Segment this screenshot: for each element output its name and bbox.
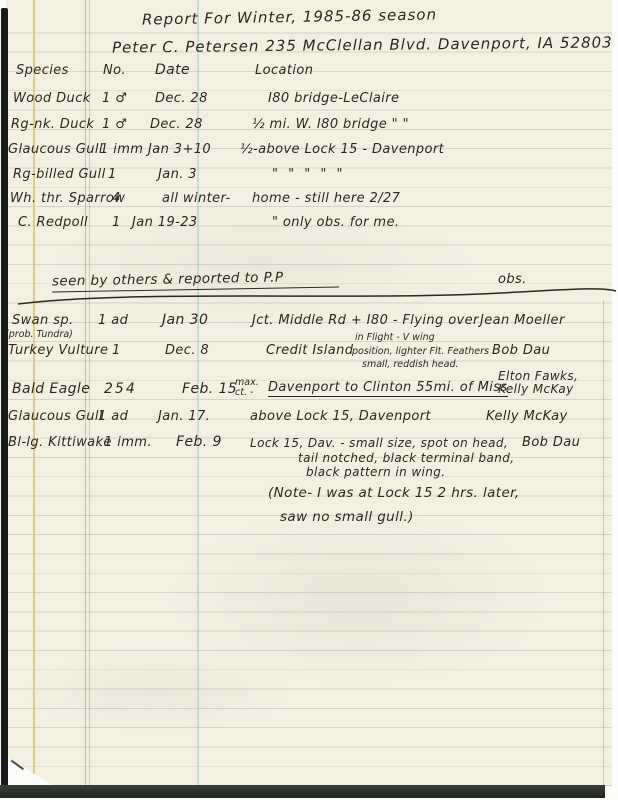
location-cell: home - still here 2/27: [252, 192, 400, 206]
field-mark-note: small, reddish head.: [362, 360, 459, 370]
species-cell: Rg-nk. Duck: [11, 118, 94, 132]
species-cell: Bald Eagle: [12, 382, 90, 397]
field-mark-note: in Flight - V wing: [355, 333, 435, 343]
field-mark-note: position, lighter Flt. Feathers: [352, 347, 489, 357]
observer-cell: Elton Fawks, Kelly McKay: [498, 370, 578, 396]
observer-cell: Bob Dau: [522, 436, 580, 450]
species-note: (prob. Tundra): [5, 330, 73, 340]
location-cell: " " " " ": [272, 168, 345, 182]
observer-cell: Jean Moeller: [480, 314, 565, 328]
species-cell: Swan sp.: [12, 314, 74, 328]
species-cell: Rg-billed Gull: [13, 168, 106, 182]
count-cell: 1 ♂: [102, 118, 127, 132]
handwritten-content: Report For Winter, 1985-86 season Peter …: [0, 0, 618, 800]
date-cell: Jan 3+10: [148, 143, 211, 157]
scan-edge-left: [1, 8, 8, 788]
location-cell: ½ mi. W. I80 bridge " ": [252, 118, 409, 132]
scanned-page: Report For Winter, 1985-86 season Peter …: [0, 0, 618, 800]
location-cell: Davenport to Clinton 55mi. of Miss: [268, 381, 508, 397]
count-cell: 4: [112, 192, 121, 206]
count-cell: 1 ad: [98, 410, 128, 424]
observer-cell: Kelly McKay: [486, 410, 568, 424]
location-cell: above Lock 15, Davenport: [250, 410, 431, 424]
date-cell: Dec. 28: [155, 92, 208, 106]
closing-note-line-1: (Note- I was at Lock 15 2 hrs. later,: [268, 486, 520, 501]
location-cell: ½-above Lock 15 - Davenport: [240, 143, 444, 157]
species-cell: Bl-lg. Kittiwake: [8, 436, 112, 450]
column-header-date: Date: [155, 63, 190, 78]
scan-edge-bottom: [0, 785, 605, 798]
column-header-location: Location: [255, 64, 313, 78]
count-cell: 1 ad: [98, 314, 128, 328]
date-cell: Dec. 8: [165, 344, 209, 358]
observer-cell: Bob Dau: [492, 344, 550, 358]
date-note: max. ct. -: [235, 378, 259, 398]
field-mark-note: tail notched, black terminal band,: [298, 452, 514, 465]
date-cell: Jan. 17.: [158, 410, 210, 424]
location-cell: I80 bridge-LeClaire: [268, 92, 399, 106]
location-cell: Jct. Middle Rd + I80 - Flying over: [252, 314, 479, 328]
species-cell: C. Redpoll: [18, 216, 88, 230]
count-cell: 254: [104, 382, 137, 397]
date-cell: Jan 19-23: [132, 216, 198, 230]
location-cell: Lock 15, Dav. - small size, spot on head…: [250, 437, 508, 450]
species-cell: Wh. thr. Sparrow: [10, 192, 125, 206]
date-cell: Feb. 9: [176, 435, 222, 450]
date-cell: Feb. 15: [182, 382, 237, 397]
column-header-no: No.: [103, 64, 126, 78]
date-cell: Jan. 3: [158, 168, 197, 182]
field-mark-note: black pattern in wing.: [306, 466, 446, 479]
count-cell: 1: [112, 344, 121, 358]
report-title: Report For Winter, 1985-86 season: [142, 6, 437, 28]
species-cell: Wood Duck: [13, 92, 91, 106]
date-cell: Jan 30: [162, 313, 208, 328]
date-cell: all winter-: [162, 192, 231, 206]
location-cell: Credit Island: [266, 344, 353, 358]
closing-note-line-2: saw no small gull.): [280, 510, 414, 525]
count-cell: 1 imm: [100, 143, 143, 157]
count-cell: 1: [112, 216, 121, 230]
column-header-species: Species: [16, 64, 69, 78]
count-cell: 1: [108, 168, 117, 182]
count-cell: 1 imm.: [104, 436, 152, 450]
author-address-line: Peter C. Petersen 235 McClellan Blvd. Da…: [112, 34, 613, 56]
date-cell: Dec. 28: [150, 118, 203, 132]
species-cell: Glaucous Gull: [8, 143, 103, 157]
location-cell: " only obs. for me.: [272, 216, 399, 230]
species-cell: Glaucous Gull: [8, 410, 103, 424]
species-cell: Turkey Vulture: [8, 344, 108, 358]
count-cell: 1 ♂: [102, 92, 127, 106]
